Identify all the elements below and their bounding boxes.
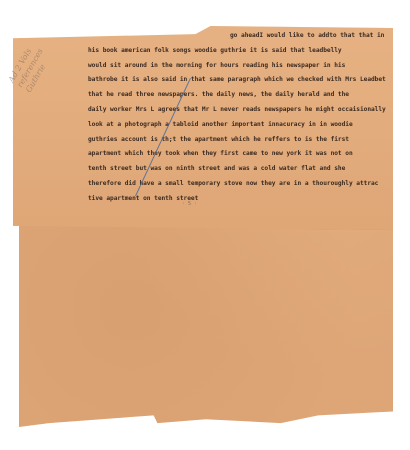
typed-line: would sit around in the morning for hour…	[88, 59, 393, 74]
folio-mark: · 5 ·	[182, 201, 197, 207]
typed-line: his book american folk songs woodie guth…	[88, 44, 393, 59]
typed-line: tive apartment on tenth street	[88, 192, 393, 207]
typed-line: tenth street but was on ninth street and…	[88, 162, 393, 177]
typed-line: go aheadI would like to addto that that …	[88, 29, 393, 44]
typed-text-block: go aheadI would like to addto that that …	[88, 29, 393, 207]
typed-line: apartment which they took when they firs…	[88, 147, 393, 162]
typed-line: that he read three newspapers. the daily…	[88, 88, 393, 103]
typed-line: look at a photograph a tabloid another i…	[88, 118, 393, 133]
typed-line: guthries account is th;t the apartment w…	[88, 133, 393, 148]
typed-line: bathrobe it is also said in that same pa…	[88, 73, 393, 88]
typed-line: therefore did have a small temporary sto…	[88, 177, 393, 192]
typed-line: daily worker Mrs L agrees that Mr L neve…	[88, 103, 393, 118]
